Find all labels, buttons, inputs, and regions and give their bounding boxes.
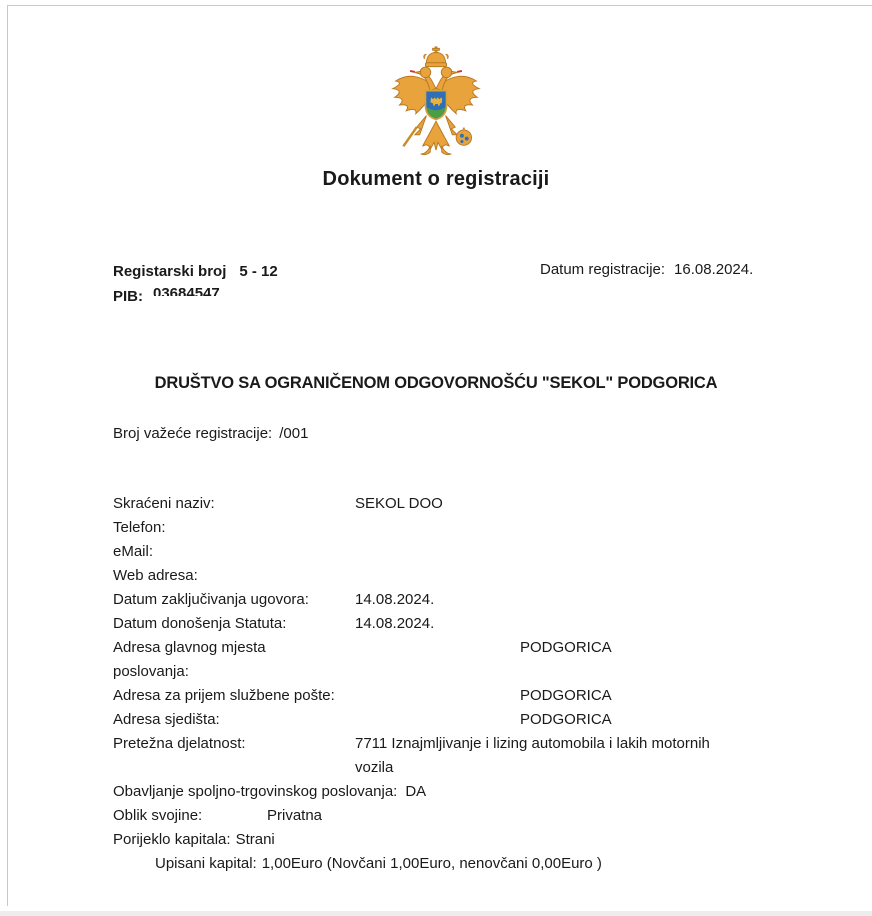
datum-registracije-row: Datum registracije:16.08.2024. [540, 261, 753, 278]
field-value: PODGORICA [520, 636, 612, 660]
field-label: Web adresa: [113, 564, 355, 588]
field-adresa-glavnog-mjesta: Adresa glavnog mjesta poslovanja: PODGOR… [113, 636, 773, 684]
field-label: Adresa sjedišta: [113, 708, 355, 732]
page-frame-left [7, 5, 8, 906]
field-label: Obavljanje spoljno-trgovinskog poslovanj… [113, 783, 397, 800]
field-value: Strani [236, 831, 275, 848]
field-label: eMail: [113, 540, 355, 564]
field-adresa-poste: Adresa za prijem službene pošte: PODGORI… [113, 684, 773, 708]
field-label: Skraćeni naziv: [113, 492, 355, 516]
field-datum-ugovora: Datum zaključivanja ugovora: 14.08.2024. [113, 588, 773, 612]
field-label: Telefon: [113, 516, 355, 540]
field-label: Oblik svojine: [113, 807, 202, 824]
coat-of-arms-montenegro-icon [388, 46, 484, 164]
field-label: Upisani kapital: [155, 855, 257, 872]
field-value: 7711 Iznajmljivanje i lizing automobila … [355, 732, 745, 780]
field-value: 14.08.2024. [355, 588, 434, 612]
field-oblik-svojine: Oblik svojine:Privatna [113, 804, 773, 828]
page-title: Dokument o registraciji [0, 168, 872, 191]
field-porijeklo-kapitala: Porijeklo kapitala:Strani [113, 828, 773, 852]
field-label: Porijeklo kapitala: [113, 831, 231, 848]
broj-vazece-registracije-row: Broj važeće registracije:/001 [113, 425, 308, 442]
field-label: Adresa glavnog mjesta poslovanja: [113, 636, 288, 684]
pib-row: PIB:03684547 [113, 284, 278, 309]
registarski-broj-row: Registarski broj5 - 12 [113, 259, 278, 284]
field-telefon: Telefon: [113, 516, 773, 540]
pib-value-clipped: 03684547 [153, 286, 220, 296]
registration-meta: Registarski broj5 - 12 PIB:03684547 [113, 259, 278, 309]
field-label: Datum donošenja Statuta: [113, 612, 355, 636]
datum-registracije-label: Datum registracije: [540, 261, 665, 278]
company-name-heading: DRUŠTVO SA OGRANIČENOM ODGOVORNOŠĆU "SEK… [0, 374, 872, 393]
field-value: Privatna [267, 804, 322, 828]
field-web-adresa: Web adresa: [113, 564, 773, 588]
field-adresa-sjedista: Adresa sjedišta: PODGORICA [113, 708, 773, 732]
page-frame-bottom [0, 911, 872, 916]
field-label: Pretežna djelatnost: [113, 732, 355, 780]
field-value: PODGORICA [520, 708, 612, 732]
field-upisani-kapital: Upisani kapital:1,00Euro (Novčani 1,00Eu… [113, 852, 773, 876]
field-value: DA [405, 783, 426, 800]
field-value: 14.08.2024. [355, 612, 434, 636]
page-frame-top [7, 5, 872, 6]
registarski-broj-value: 5 - 12 [239, 263, 277, 280]
field-value: SEKOL DOO [355, 492, 443, 516]
field-email: eMail: [113, 540, 773, 564]
field-value: PODGORICA [520, 684, 612, 708]
field-skraceni-naziv: Skraćeni naziv: SEKOL DOO [113, 492, 773, 516]
datum-registracije-value: 16.08.2024. [674, 261, 753, 278]
broj-vazece-registracije-label: Broj važeće registracije: [113, 425, 272, 442]
registarski-broj-label: Registarski broj [113, 263, 226, 280]
field-datum-statuta: Datum donošenja Statuta: 14.08.2024. [113, 612, 773, 636]
company-details-list: Skraćeni naziv: SEKOL DOO Telefon: eMail… [113, 492, 773, 876]
pib-label: PIB: [113, 288, 143, 305]
broj-vazece-registracije-value: /001 [279, 425, 308, 442]
field-value: 1,00Euro (Novčani 1,00Euro, nenovčani 0,… [262, 855, 602, 872]
field-pretezna-djelatnost: Pretežna djelatnost: 7711 Iznajmljivanje… [113, 732, 773, 780]
field-label: Adresa za prijem službene pošte: [113, 684, 355, 708]
field-spoljno-trgovinsko: Obavljanje spoljno-trgovinskog poslovanj… [113, 780, 773, 804]
field-label: Datum zaključivanja ugovora: [113, 588, 355, 612]
